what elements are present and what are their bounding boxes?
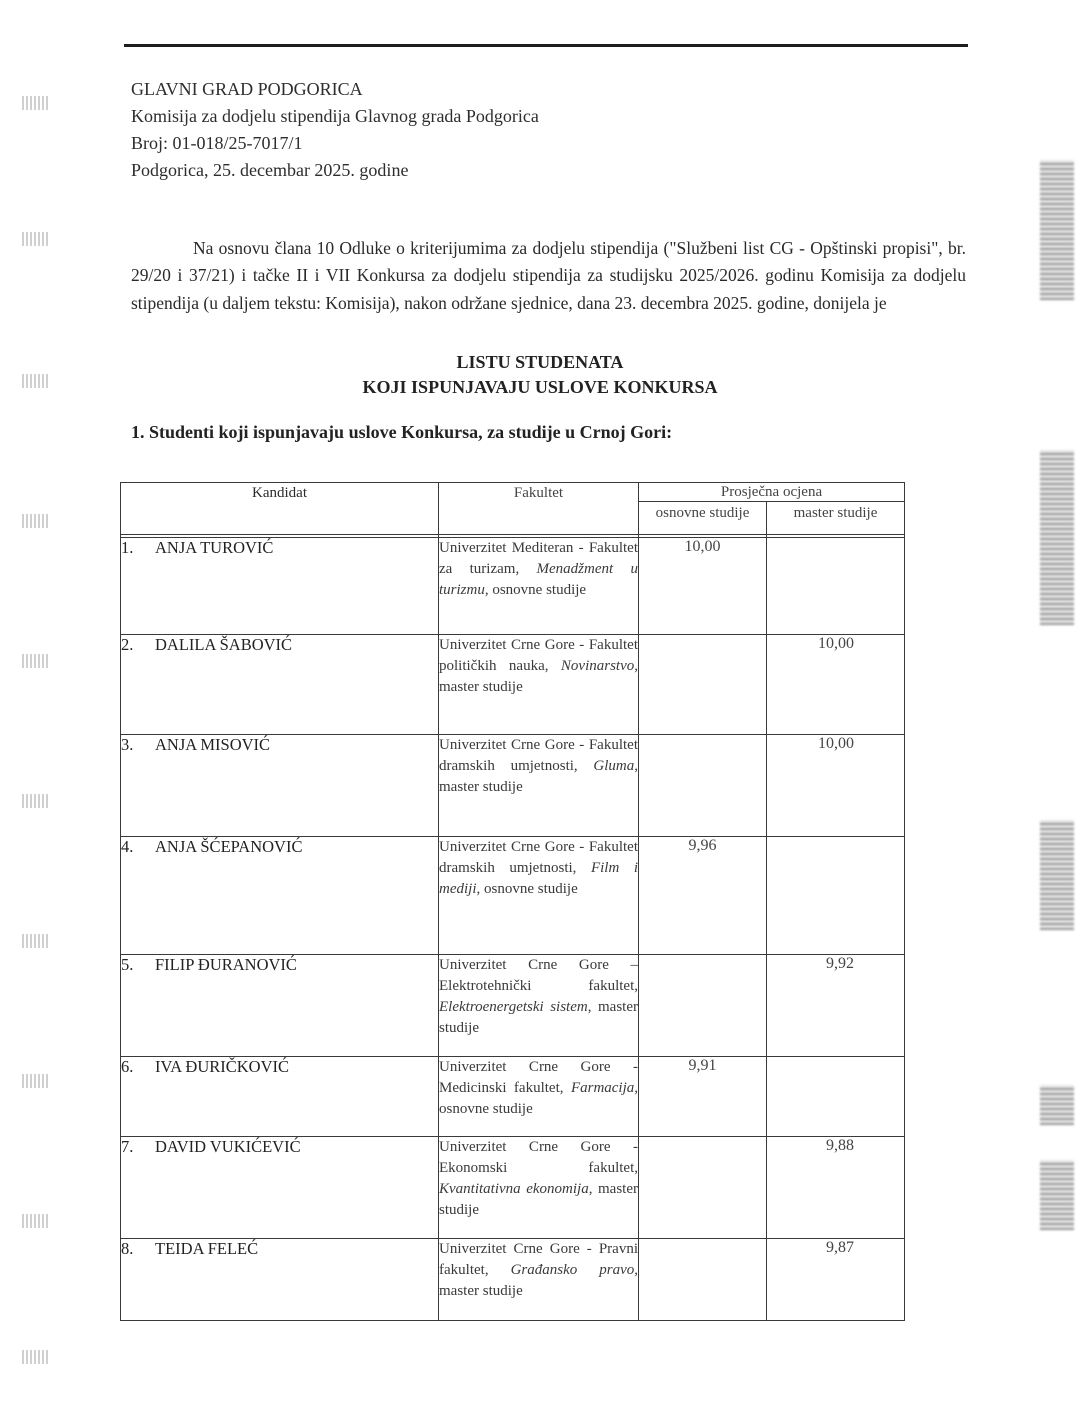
study-program: Građansko pravo [511,1262,635,1278]
faculty-cell: Univerzitet Mediteran - Fakultet za turi… [439,538,639,635]
row-number: 1. [121,538,155,558]
candidate-cell: 2.DALILA ŠABOVIĆ [121,635,439,735]
scan-edge-noise [1040,450,1074,625]
grade-osnovne: 10,00 [639,538,767,635]
grade-master [767,1057,905,1137]
candidate-name: ANJA MISOVIĆ [155,735,270,754]
table-row: 6.IVA ĐURIČKOVIĆUniverzitet Crne Gore - … [121,1057,905,1137]
study-level: , osnovne studije [477,881,578,897]
section-heading: 1. Studenti koji ispunjavaju uslove Konk… [131,422,672,443]
study-program: Kvantitativna ekonomija [439,1181,589,1197]
grade-master: 9,87 [767,1239,905,1321]
title-line-2: KOJI ISPUNJAVAJU USLOVE KONKURSA [300,375,780,400]
row-number: 7. [121,1137,155,1157]
header-master-studije: master studije [767,502,905,535]
scan-artifact [22,1074,50,1088]
scan-artifact [22,514,50,528]
scan-artifact [22,1350,50,1364]
grade-osnovne [639,1137,767,1239]
grade-master: 10,00 [767,735,905,837]
students-table: Kandidat Fakultet Prosječna ocjena osnov… [120,482,905,1321]
header-fakultet: Fakultet [439,483,639,535]
faculty-cell: Univerzitet Crne Gore – Elektrotehnički … [439,955,639,1057]
header-prosjecna-ocjena: Prosječna ocjena [639,483,905,502]
row-number: 4. [121,837,155,857]
candidate-cell: 7.DAVID VUKIĆEVIĆ [121,1137,439,1239]
reference-number: Broj: 01-018/25-7017/1 [131,130,539,157]
table-row: 3.ANJA MISOVIĆUniverzitet Crne Gore - Fa… [121,735,905,837]
grade-master: 10,00 [767,635,905,735]
faculty-cell: Univerzitet Crne Gore - Ekonomski fakult… [439,1137,639,1239]
study-program: Gluma [593,758,634,774]
scan-artifact [22,232,50,246]
candidate-cell: 5.FILIP ĐURANOVIĆ [121,955,439,1057]
candidate-name: DALILA ŠABOVIĆ [155,635,292,654]
candidate-name: FILIP ĐURANOVIĆ [155,955,297,974]
faculty-cell: Univerzitet Crne Gore - Fakultet dramski… [439,837,639,955]
study-level: , osnovne studije [485,582,586,598]
candidate-cell: 8.TEIDA FELEĆ [121,1239,439,1321]
document-title: LISTU STUDENATA KOJI ISPUNJAVAJU USLOVE … [300,350,780,400]
scan-edge-noise [1040,160,1074,300]
study-program: Elektroenergetski sistem [439,999,588,1015]
faculty-text: Univerzitet Crne Gore – Elektrotehnički … [439,957,638,994]
grade-osnovne: 9,96 [639,837,767,955]
faculty-cell: Univerzitet Crne Gore - Pravni fakultet,… [439,1239,639,1321]
table-row: 7.DAVID VUKIĆEVIĆUniverzitet Crne Gore -… [121,1137,905,1239]
study-program: Novinarstvo [561,658,634,674]
scan-edge-noise [1040,1160,1074,1230]
table-row: 5.FILIP ĐURANOVIĆUniverzitet Crne Gore –… [121,955,905,1057]
grade-osnovne [639,955,767,1057]
header-rule [124,44,968,47]
scan-edge-noise [1040,820,1074,930]
row-number: 3. [121,735,155,755]
row-number: 8. [121,1239,155,1259]
scan-artifact [22,1214,50,1228]
scan-artifact [22,374,50,388]
row-number: 2. [121,635,155,655]
grade-master [767,837,905,955]
document-page: GLAVNI GRAD PODGORICA Komisija za dodjel… [0,0,1088,1408]
grade-osnovne: 9,91 [639,1057,767,1137]
candidate-name: IVA ĐURIČKOVIĆ [155,1057,289,1076]
faculty-cell: Univerzitet Crne Gore - Fakultet dramski… [439,735,639,837]
study-program: Farmacija [571,1080,634,1096]
candidate-name: ANJA ŠĆEPANOVIĆ [155,837,302,856]
intro-paragraph: Na osnovu člana 10 Odluke o kriterijumim… [131,235,966,318]
candidate-cell: 3.ANJA MISOVIĆ [121,735,439,837]
table-row: 1.ANJA TUROVIĆUniverzitet Mediteran - Fa… [121,538,905,635]
table-row: 2.DALILA ŠABOVIĆUniverzitet Crne Gore - … [121,635,905,735]
scan-artifact [22,654,50,668]
title-line-1: LISTU STUDENATA [300,350,780,375]
candidate-name: DAVID VUKIĆEVIĆ [155,1137,301,1156]
header-osnovne-studije: osnovne studije [639,502,767,535]
grade-master: 9,92 [767,955,905,1057]
scan-artifact [22,934,50,948]
table-row: 8.TEIDA FELEĆUniverzitet Crne Gore - Pra… [121,1239,905,1321]
candidate-cell: 4.ANJA ŠĆEPANOVIĆ [121,837,439,955]
row-number: 6. [121,1057,155,1077]
candidate-name: ANJA TUROVIĆ [155,538,273,557]
faculty-cell: Univerzitet Crne Gore - Fakultet politič… [439,635,639,735]
city-name: GLAVNI GRAD PODGORICA [131,76,539,103]
header-kandidat: Kandidat [121,483,439,535]
table-row: 4.ANJA ŠĆEPANOVIĆUniverzitet Crne Gore -… [121,837,905,955]
grade-osnovne [639,1239,767,1321]
candidate-cell: 1.ANJA TUROVIĆ [121,538,439,635]
faculty-text: Univerzitet Crne Gore - Ekonomski fakult… [439,1139,638,1176]
commission-name: Komisija za dodjelu stipendija Glavnog g… [131,103,539,130]
candidate-name: TEIDA FELEĆ [155,1239,258,1258]
faculty-cell: Univerzitet Crne Gore - Medicinski fakul… [439,1057,639,1137]
scan-artifact [22,96,50,110]
candidate-cell: 6.IVA ĐURIČKOVIĆ [121,1057,439,1137]
scan-edge-noise [1040,1085,1074,1125]
place-date: Podgorica, 25. decembar 2025. godine [131,157,539,184]
grade-osnovne [639,635,767,735]
grade-osnovne [639,735,767,837]
grade-master: 9,88 [767,1137,905,1239]
letterhead: GLAVNI GRAD PODGORICA Komisija za dodjel… [131,76,539,184]
scan-artifact [22,794,50,808]
row-number: 5. [121,955,155,975]
grade-master [767,538,905,635]
